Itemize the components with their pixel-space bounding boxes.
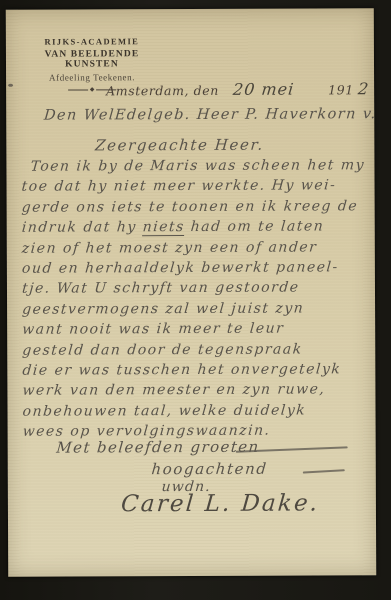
ornament-bar-left: [68, 89, 88, 90]
body-line: Toen ik by de Maris was scheen het my: [21, 157, 371, 179]
closing-greeting: Met beleefden groeten: [56, 438, 261, 457]
letter-paper: RIJKS-ACADEMIE VAN BEELDENDE KUNSTEN Afd…: [6, 8, 376, 577]
body-line: zien of het moest zyn een of ander: [21, 239, 371, 261]
salutation: Zeergeachte Heer.: [94, 136, 264, 155]
body-line: gesteld dan door de tegenspraak: [21, 341, 371, 363]
body-line4-underlined-word: niets: [142, 219, 186, 236]
body-line: toe dat hy niet meer werkte. Hy wei-: [21, 178, 371, 200]
body-line: werk van den meester en zyn ruwe,: [21, 382, 371, 404]
body-line: oud en herhaaldelyk bewerkt paneel-: [21, 259, 371, 281]
pen-flourish: [303, 469, 345, 473]
body-line4-post: had om te laten: [184, 219, 325, 236]
dateline: Amsterdam, den 20 mei 191 2: [106, 79, 368, 100]
letterhead-institution: RIJKS-ACADEMIE: [18, 36, 166, 47]
letterhead-institution-line2: VAN BEELDENDE KUNSTEN: [18, 49, 166, 70]
dateline-printed-year: 191: [328, 82, 354, 97]
body-line: indruk dat hy niets had om te laten: [21, 218, 371, 240]
body-line4-pre: indruk dat hy: [21, 219, 143, 236]
addressee-line: Den WelEdelgeb. Heer P. Haverkorn v. Rij…: [43, 106, 372, 123]
dateline-printed-place: Amsterdam, den: [106, 83, 219, 98]
closing-respectfully: hoogachtend: [151, 460, 269, 479]
body-line: onbehouwen taal, welke duidelyk: [22, 402, 372, 424]
dateline-handwritten-year-digit: 2: [357, 79, 369, 98]
scanned-letter-photo: RIJKS-ACADEMIE VAN BEELDENDE KUNSTEN Afd…: [0, 0, 391, 600]
body-line: die er was tusschen het onvergetelyk: [21, 361, 371, 383]
paper-ink-speck: [8, 84, 13, 87]
body-line: gerde ons iets te toonen en ik kreeg de: [21, 198, 371, 220]
letter-body: Toen ik by de Maris was scheen het my to…: [20, 157, 369, 444]
signature: Carel L. Dake.: [120, 490, 320, 517]
ornament-diamond: [90, 87, 95, 92]
body-line: want nooit was ik meer te leur: [21, 320, 371, 342]
dateline-handwritten-date: 20 mei: [232, 80, 295, 99]
body-line: tje. Wat U schryft van gestoorde: [21, 280, 371, 302]
body-line: geestvermogens zal wel juist zyn: [21, 300, 371, 322]
